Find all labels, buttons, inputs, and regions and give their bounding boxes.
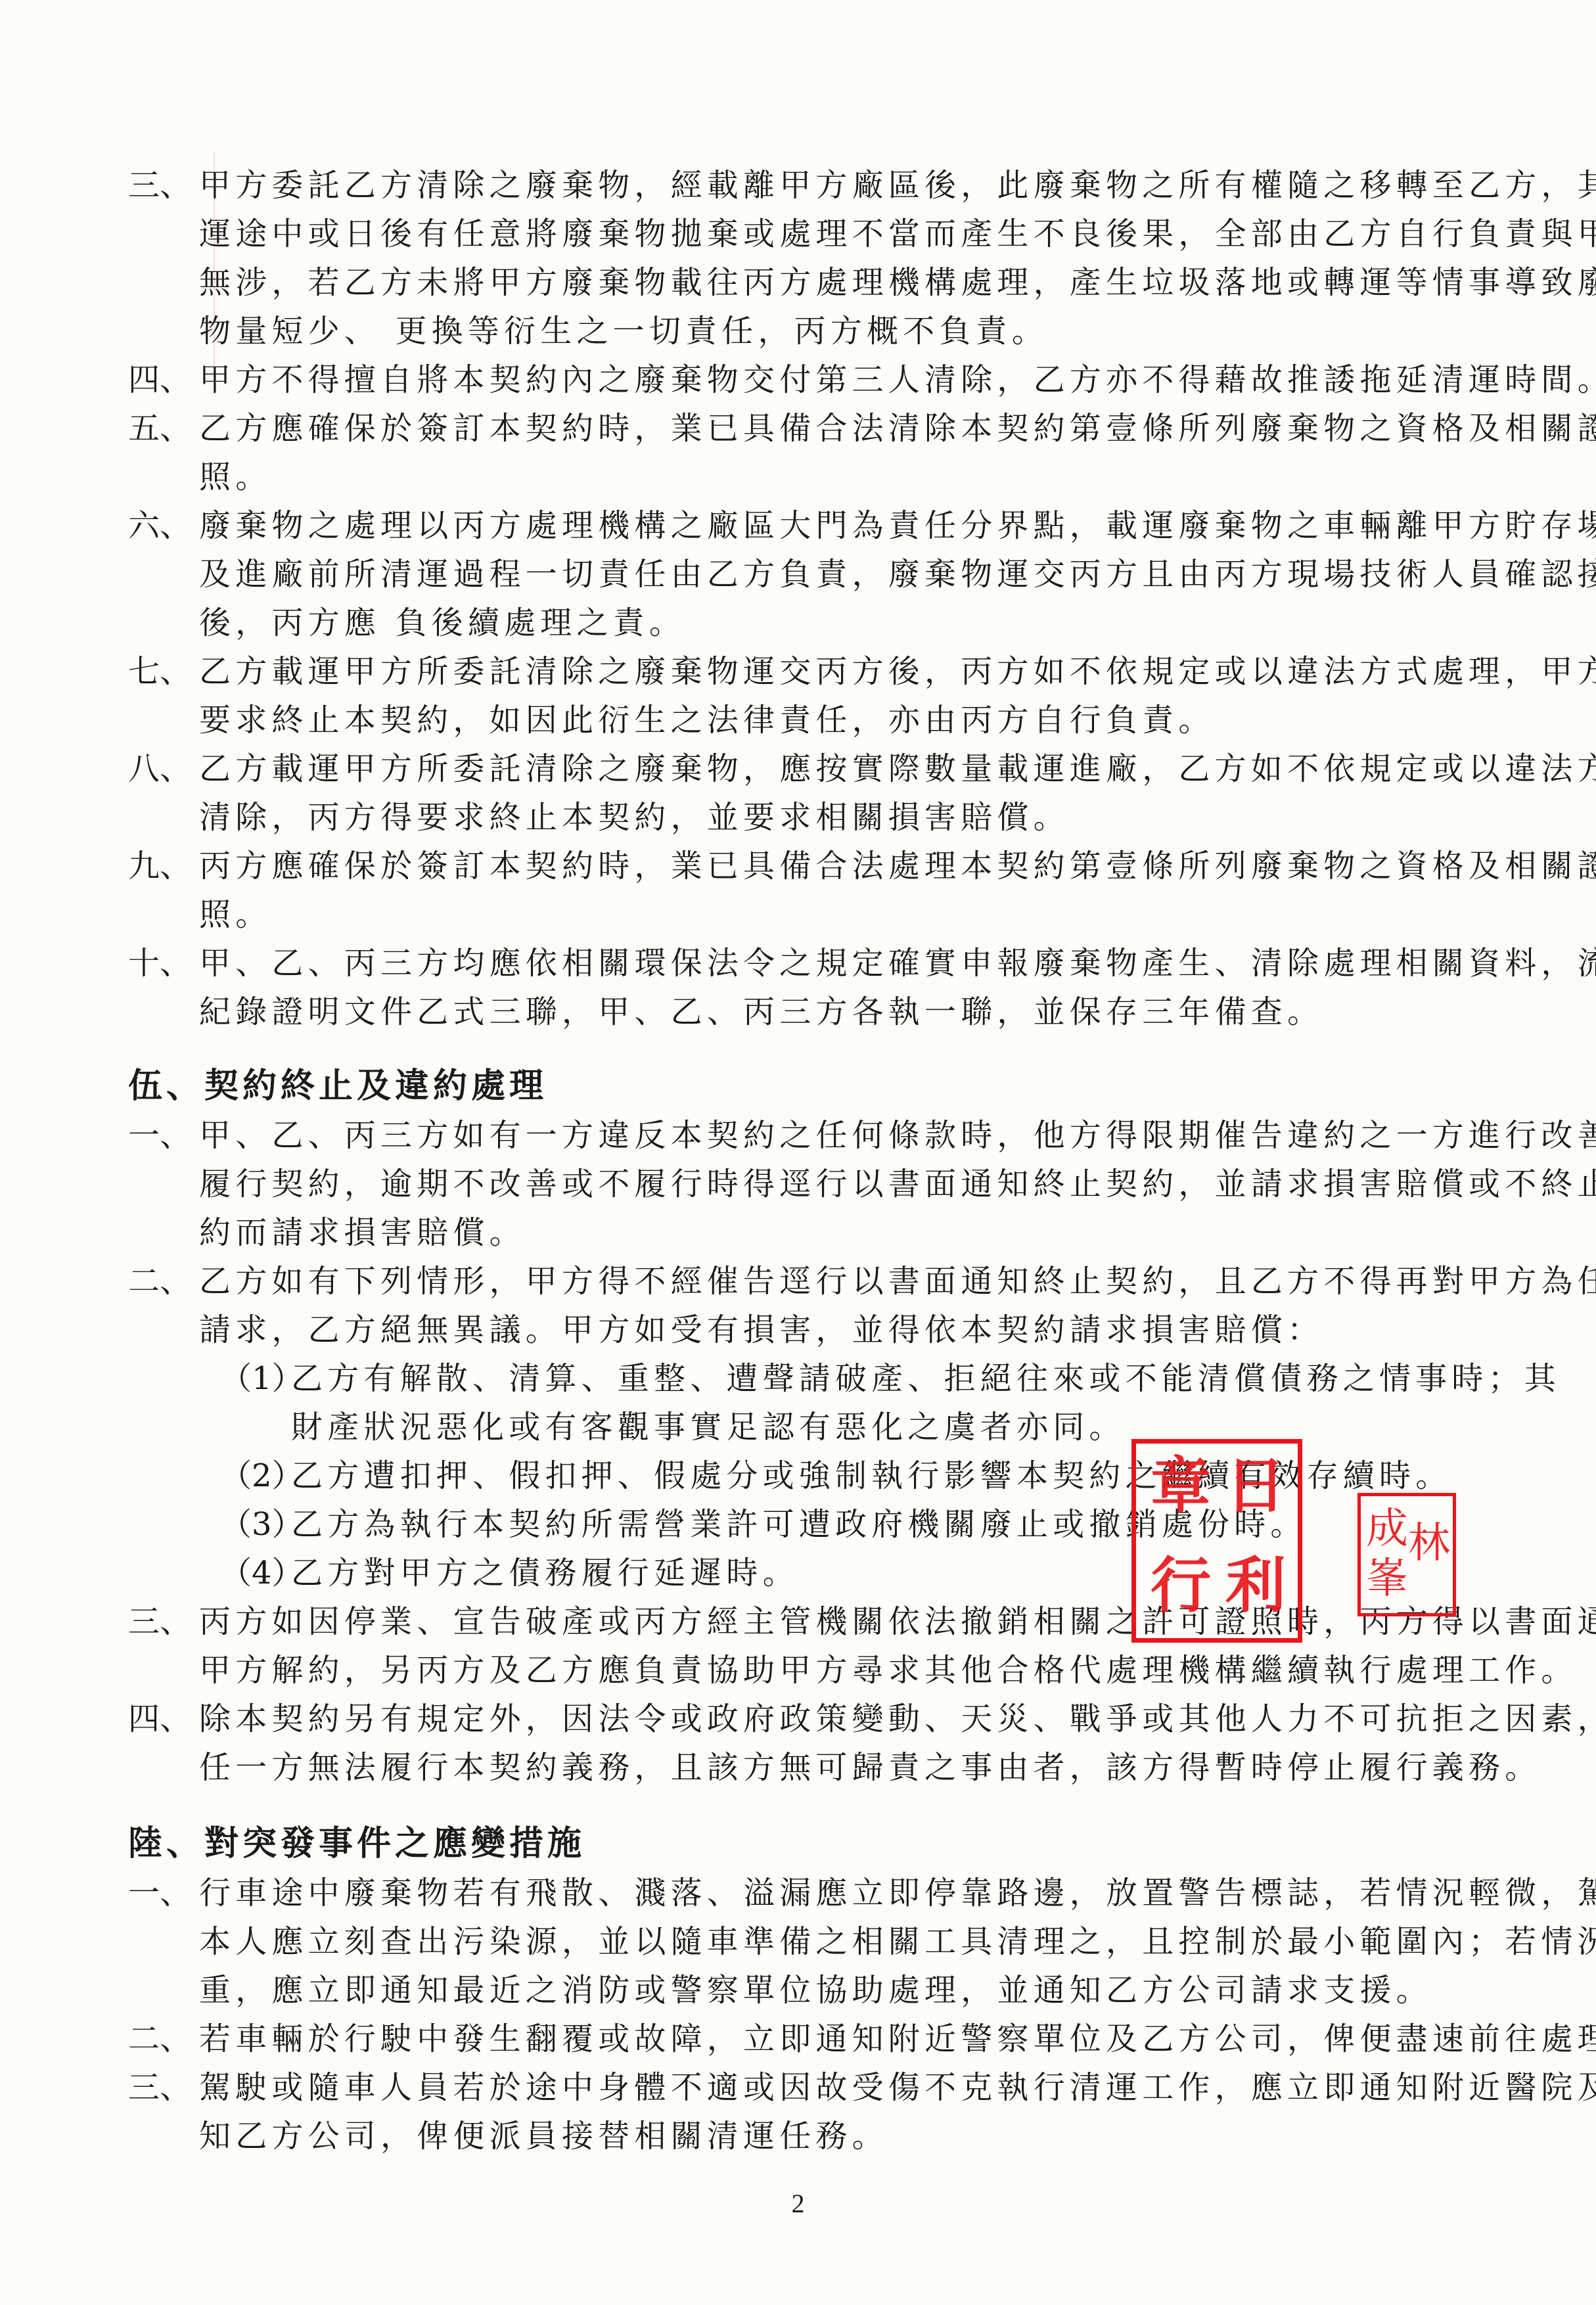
s6-clause-2: 二、若車輛於行駛中發生翻覆或故障，立即通知附近警察單位及乙方公司，俾便盡速前往處… [128,2015,1534,2063]
company-seal: 章 日 行 利 [1131,1439,1302,1643]
s5-clause-2-sub-2: （2）乙方遭扣押、假扣押、假處分或強制執行影響本契約之繼續有效存續時。 [128,1451,1534,1500]
s5-clause-2-sub-4: （4）乙方對甲方之債務履行延遲時。 [128,1549,1534,1597]
s5-clause-4: 四、除本契約另有規定外，因法令或政府政策變動、天災、戰爭或其他人力不可抗拒之因素… [128,1695,1534,1743]
section-6: 陸、對突發事件之應變措施 一、行車途中廢棄物若有飛散、濺落、溢漏應立即停靠路邊，… [128,1819,1534,2160]
clause-4: 四、甲方不得擅自將本契約內之廢棄物交付第三人清除，乙方亦不得藉故推諉拖延清運時間… [128,355,1534,404]
clause-10: 十、甲、乙、丙三方均應依相關環保法令之規定確實申報廢棄物產生、清除處理相關資料，… [128,939,1534,988]
clause-6: 六、廢棄物之處理以丙方處理機構之廠區大門為責任分界點，載運廢棄物之車輛離甲方貯存… [128,501,1534,550]
s6-clause-3: 三、駕駛或隨車人員若於途中身體不適或因故受傷不克執行清運工作，應立即通知附近醫院… [128,2063,1534,2112]
s5-clause-3: 三、丙方如因停業、宣告破產或丙方經主管機關依法撤銷相關之許可證照時，丙方得以書面… [128,1597,1534,1646]
page-number: 2 [0,2188,1596,2219]
s5-clause-2-sub-1: （1）乙方有解散、清算、重整、遭聲請破產、拒絕往來或不能清償債務之情事時；其 [128,1354,1534,1403]
section-5-heading: 伍、契約終止及違約處理 [128,1061,1534,1111]
section-6-heading: 陸、對突發事件之應變措施 [128,1819,1534,1869]
clause-9: 九、丙方應確保於簽訂本契約時，業已具備合法處理本契約第壹條所列廢棄物之資格及相關… [128,842,1534,890]
s5-clause-2: 二、乙方如有下列情形，甲方得不經催告逕行以書面通知終止契約，且乙方不得再對甲方為… [128,1257,1534,1306]
s5-clause-2-sub-3: （3）乙方為執行本契約所需營業許可遭政府機關廢止或撤銷處份時。 [128,1500,1534,1549]
clause-7: 七、乙方載運甲方所委託清除之廢棄物運交丙方後，丙方如不依規定或以違法方式處理，甲… [128,647,1534,696]
s6-clause-1: 一、行車途中廢棄物若有飛散、濺落、溢漏應立即停靠路邊，放置警告標誌，若情況輕微，… [128,1869,1534,1917]
section-5: 伍、契約終止及違約處理 一、甲、乙、丙三方如有一方違反本契約之任何條款時，他方得… [128,1061,1534,1792]
s5-clause-1: 一、甲、乙、丙三方如有一方違反本契約之任何條款時，他方得限期催告違約之一方進行改… [128,1111,1534,1160]
clause-3: 三、甲方委託乙方清除之廢棄物，經載離甲方廠區後，此廢棄物之所有權隨之移轉至乙方，… [128,161,1534,210]
section-4-continued: 三、甲方委託乙方清除之廢棄物，經載離甲方廠區後，此廢棄物之所有權隨之移轉至乙方，… [128,161,1534,1036]
clause-5: 五、乙方應確保於簽訂本契約時，業已具備合法清除本契約第壹條所列廢棄物之資格及相關… [128,404,1534,453]
clause-8: 八、乙方載運甲方所委託清除之廢棄物，應按實際數量載運進廠，乙方如不依規定或以違法… [128,744,1534,793]
contract-page: 三、甲方委託乙方清除之廢棄物，經載離甲方廠區後，此廢棄物之所有權隨之移轉至乙方，… [0,0,1596,2305]
personal-seal: 成 林 峯 [1357,1493,1456,1616]
